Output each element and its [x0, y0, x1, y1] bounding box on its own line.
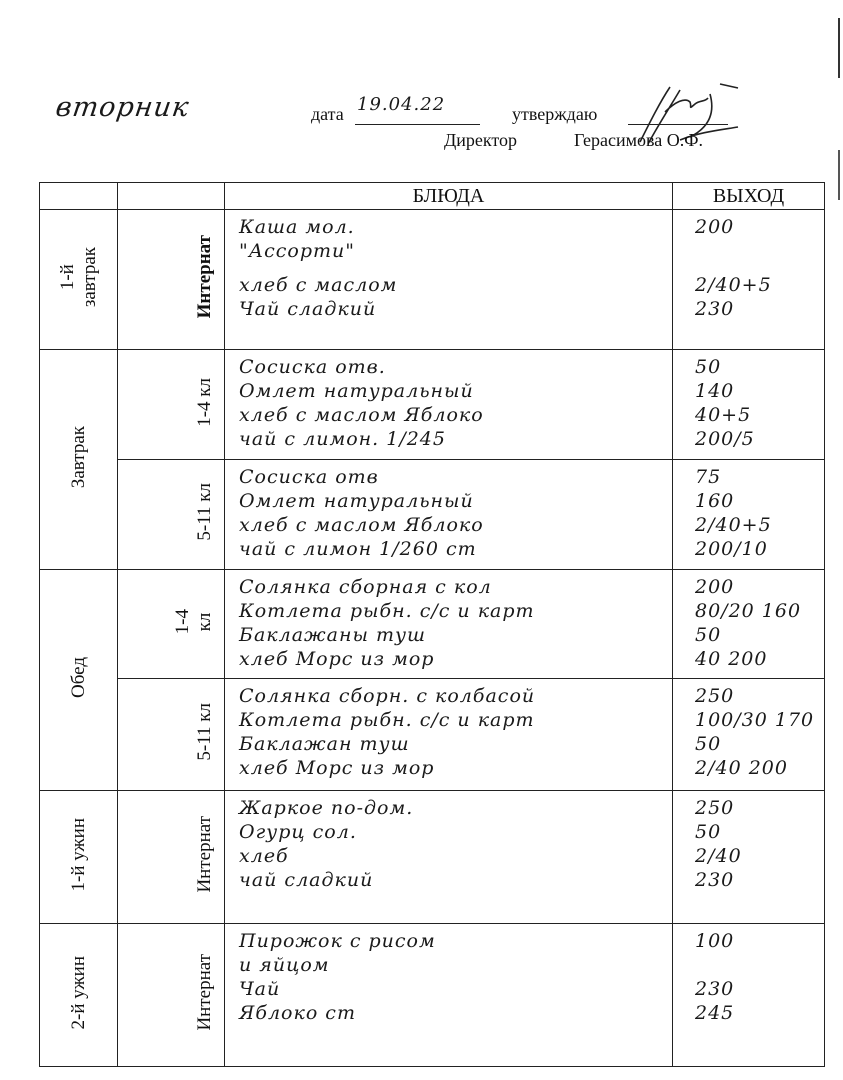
yield-value: 200	[695, 216, 824, 240]
yield-cell: 751602/40+5200/10	[673, 460, 825, 570]
menu-body: 1-й завтракИнтернатКаша мол."Ассорти"хле…	[40, 210, 825, 1067]
yield-value	[695, 240, 824, 264]
yield-cell: 20080/20 1605040 200	[673, 570, 825, 679]
dish-item: хлеб Морс из мор	[239, 757, 672, 781]
dish-item: "Ассорти"	[239, 240, 672, 264]
dish-item: Солянка сборн. с колбасой	[239, 685, 672, 709]
dish-item: Омлет натуральный	[239, 490, 672, 514]
group-label: 1-4 кл	[194, 378, 216, 427]
date-label: дата	[311, 104, 344, 125]
dish-item	[239, 264, 672, 274]
director-label: Директор	[444, 130, 517, 151]
column-header-meal	[40, 183, 118, 210]
meal-cell: 2-й ужин	[40, 924, 118, 1067]
meal-label: Обед	[68, 657, 90, 698]
dish-item: Чай	[239, 978, 672, 1002]
group-cell: 1-4 кл	[118, 350, 225, 460]
group-label: 1-4 кл	[172, 609, 216, 634]
dish-item: Котлета рыбн. с/с и карт	[239, 709, 672, 733]
meal-cell: 1-й ужин	[40, 791, 118, 924]
dish-item: Омлет натуральный	[239, 380, 672, 404]
dish-item: Баклажаны туш	[239, 624, 672, 648]
date-value: 19.04.22	[357, 94, 445, 115]
yield-value: 50	[695, 733, 824, 757]
yield-value: 40+5	[695, 404, 824, 428]
dishes-cell: Солянка сборная с колКотлета рыбн. с/с и…	[225, 570, 673, 679]
yield-value: 200/5	[695, 428, 824, 452]
group-cell: Интернат	[118, 924, 225, 1067]
dish-item: хлеб Морс из мор	[239, 648, 672, 672]
table-row: Завтрак1-4 клСосиска отв.Омлет натуральн…	[40, 350, 825, 460]
meal-label: 1-й завтрак	[57, 247, 101, 307]
yield-value: 50	[695, 821, 824, 845]
table-header-row: БЛЮДА ВЫХОД	[40, 183, 825, 210]
yield-cell: 5014040+5200/5	[673, 350, 825, 460]
meal-cell: 1-й завтрак	[40, 210, 118, 350]
yield-value: 200	[695, 576, 824, 600]
yield-cell: 2002/40+5230	[673, 210, 825, 350]
yield-value: 2/40	[695, 845, 824, 869]
scan-edge-mark	[838, 18, 840, 78]
dish-item: Котлета рыбн. с/с и карт	[239, 600, 672, 624]
yield-cell: 250100/30 170502/40 200	[673, 679, 825, 791]
dishes-cell: Солянка сборн. с колбасойКотлета рыбн. с…	[225, 679, 673, 791]
yield-value: 230	[695, 298, 824, 322]
dish-item: Чай сладкий	[239, 298, 672, 322]
dish-item: Жаркое по-дом.	[239, 797, 672, 821]
yield-value: 160	[695, 490, 824, 514]
yield-value: 100	[695, 930, 824, 954]
dishes-cell: Каша мол."Ассорти"хлеб с масломЧай сладк…	[225, 210, 673, 350]
table-row: 2-й ужинИнтернатПирожок с рисоми яйцомЧа…	[40, 924, 825, 1067]
dish-item: Огурц сол.	[239, 821, 672, 845]
yield-value: 140	[695, 380, 824, 404]
meal-label: 2-й ужин	[68, 956, 90, 1029]
dish-item: Пирожок с рисом	[239, 930, 672, 954]
group-label: Интернат	[194, 954, 216, 1031]
group-cell: Интернат	[118, 210, 225, 350]
dishes-cell: Жаркое по-дом.Огурц сол.хлебчай сладкий	[225, 791, 673, 924]
group-cell: 5-11 кл	[118, 679, 225, 791]
column-header-group	[118, 183, 225, 210]
yield-value: 75	[695, 466, 824, 490]
meal-label: 1-й ужин	[68, 818, 90, 891]
yield-value: 2/40+5	[695, 274, 824, 298]
group-label: Интернат	[194, 235, 216, 318]
group-cell: 1-4 кл	[118, 570, 225, 679]
table-row: Обед1-4 клСолянка сборная с колКотлета р…	[40, 570, 825, 679]
dish-item: Каша мол.	[239, 216, 672, 240]
yield-value: 50	[695, 624, 824, 648]
yield-value	[695, 954, 824, 978]
table-row: 5-11 клСолянка сборн. с колбасойКотлета …	[40, 679, 825, 791]
meal-cell: Обед	[40, 570, 118, 791]
column-header-yield: ВЫХОД	[673, 183, 825, 210]
yield-value: 100/30 170	[695, 709, 824, 733]
yield-value: 80/20 160	[695, 600, 824, 624]
dish-item: чай с лимон 1/260 ст	[239, 538, 672, 562]
group-cell: Интернат	[118, 791, 225, 924]
yield-value	[695, 264, 824, 274]
yield-value: 40 200	[695, 648, 824, 672]
yield-value: 2/40 200	[695, 757, 824, 781]
dish-item: Сосиска отв.	[239, 356, 672, 380]
dish-item: Баклажан туш	[239, 733, 672, 757]
dish-item: хлеб с маслом Яблоко	[239, 404, 672, 428]
dish-item: Сосиска отв	[239, 466, 672, 490]
group-label: 5-11 кл	[194, 703, 216, 761]
group-label: Интернат	[194, 816, 216, 893]
director-name: Герасимова О.Ф.	[574, 130, 703, 151]
date-underline	[355, 124, 480, 125]
menu-table: БЛЮДА ВЫХОД 1-й завтракИнтернатКаша мол.…	[39, 182, 825, 1067]
group-cell: 5-11 кл	[118, 460, 225, 570]
meal-cell: Завтрак	[40, 350, 118, 570]
yield-value: 250	[695, 685, 824, 709]
yield-value: 200/10	[695, 538, 824, 562]
dish-item: хлеб	[239, 845, 672, 869]
day-of-week: вторник	[54, 92, 192, 123]
dishes-cell: Сосиска отвОмлет натуральныйхлеб с масло…	[225, 460, 673, 570]
dish-item: хлеб с маслом Яблоко	[239, 514, 672, 538]
dish-item: Солянка сборная с кол	[239, 576, 672, 600]
table-row: 1-й ужинИнтернатЖаркое по-дом.Огурц сол.…	[40, 791, 825, 924]
yield-cell: 100230245	[673, 924, 825, 1067]
approve-label: утверждаю	[512, 104, 597, 125]
table-row: 5-11 клСосиска отвОмлет натуральныйхлеб …	[40, 460, 825, 570]
yield-value: 230	[695, 869, 824, 893]
dish-item: чай сладкий	[239, 869, 672, 893]
dish-item: и яйцом	[239, 954, 672, 978]
group-label: 5-11 кл	[194, 483, 216, 541]
yield-value: 50	[695, 356, 824, 380]
yield-value: 250	[695, 797, 824, 821]
yield-value: 245	[695, 1002, 824, 1026]
dishes-cell: Сосиска отв.Омлет натуральныйхлеб с масл…	[225, 350, 673, 460]
dishes-cell: Пирожок с рисоми яйцомЧайЯблоко ст	[225, 924, 673, 1067]
yield-value: 2/40+5	[695, 514, 824, 538]
column-header-dishes: БЛЮДА	[225, 183, 673, 210]
dish-item: Яблоко ст	[239, 1002, 672, 1026]
table-row: 1-й завтракИнтернатКаша мол."Ассорти"хле…	[40, 210, 825, 350]
dish-item: хлеб с маслом	[239, 274, 672, 298]
yield-value: 230	[695, 978, 824, 1002]
meal-label: Завтрак	[68, 426, 90, 488]
dish-item: чай с лимон. 1/245	[239, 428, 672, 452]
yield-cell: 250502/40230	[673, 791, 825, 924]
scan-edge-mark	[838, 150, 840, 200]
